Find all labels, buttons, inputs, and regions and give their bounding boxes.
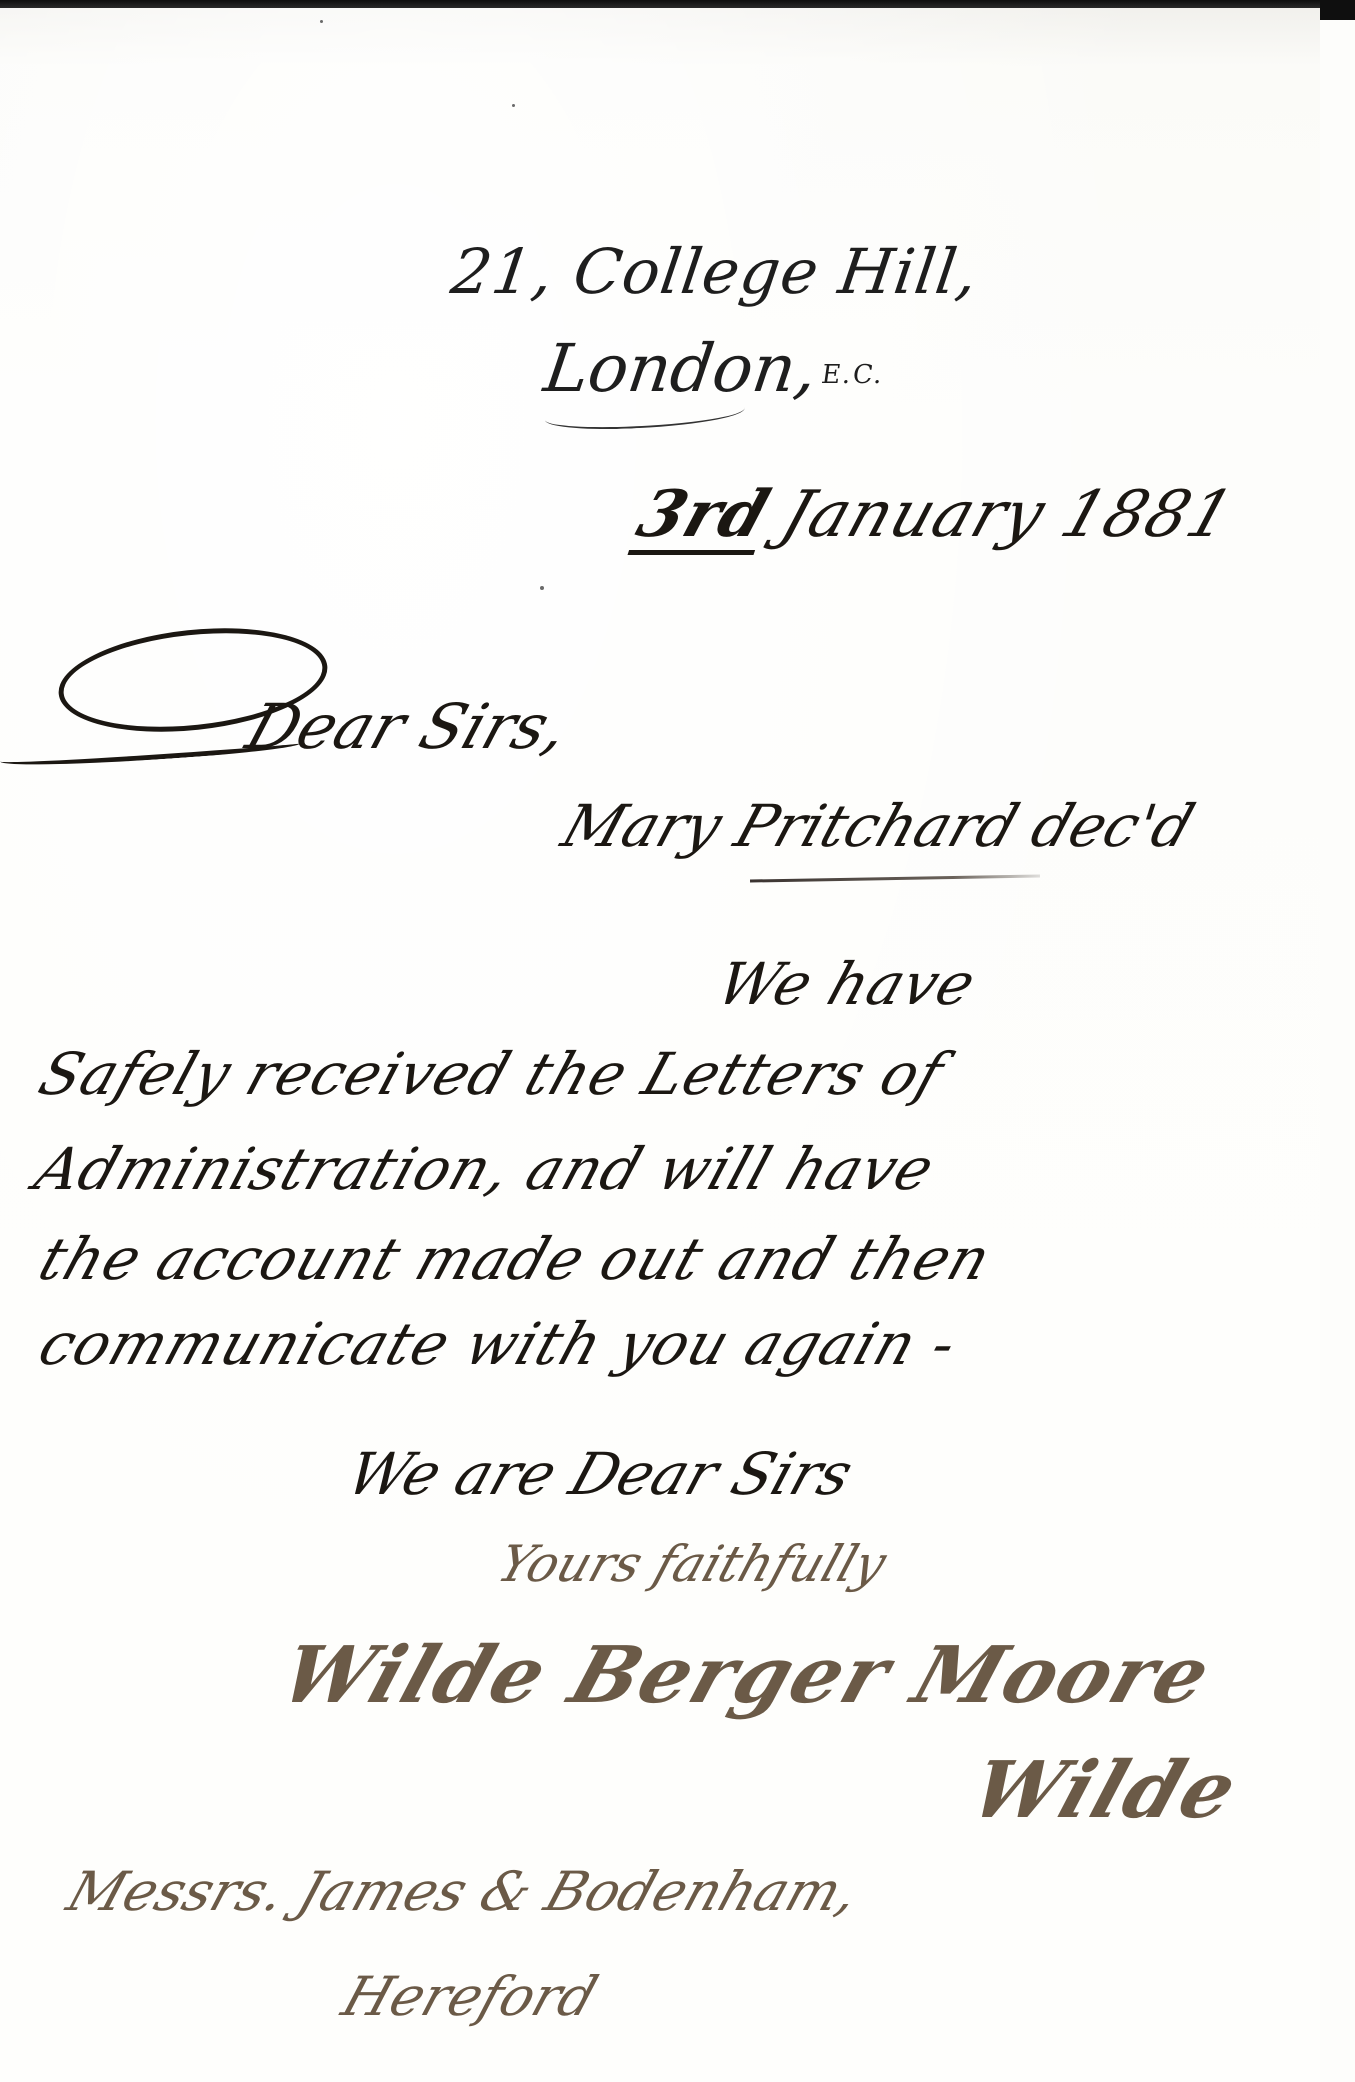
body-line: We have <box>709 950 985 1018</box>
signature-firm: Wilde Berger Moore <box>270 1630 1223 1721</box>
signature-firm-cont: Wilde <box>960 1745 1249 1836</box>
letterhead-city-name: London, <box>540 330 822 407</box>
body-line: communicate with you again - <box>31 1310 966 1378</box>
letterhead-district: E.C. <box>820 360 887 390</box>
valediction: Yours faithfully <box>491 1535 894 1593</box>
closing-line: We are Dear Sirs <box>339 1440 861 1508</box>
paper-speck <box>320 20 323 23</box>
date-month-year: January 1881 <box>772 478 1242 552</box>
subject-line: Mary Pritchard dec'd <box>554 792 1202 860</box>
body-line: Safely received the Letters of <box>31 1040 953 1108</box>
paper-speck <box>512 104 515 107</box>
body-line: Administration, and will have <box>27 1135 943 1203</box>
letterhead-street: 21, College Hill, <box>447 235 983 308</box>
paper-right-margin <box>1320 20 1355 2082</box>
letter-date: 3rdJanuary 1881 <box>627 478 1242 555</box>
addressee-town: Hereford <box>335 1965 605 2028</box>
scan-top-edge <box>0 0 1355 8</box>
addressee-name: Messrs. James & Bodenham, <box>60 1860 867 1923</box>
date-day: 3rd <box>627 483 776 555</box>
paper-speck <box>540 586 544 590</box>
scan-corner <box>1320 0 1355 20</box>
salutation: Dear Sirs, <box>238 690 578 763</box>
letterhead-city: London,E.C. <box>540 330 891 407</box>
body-line: the account made out and then <box>31 1225 1000 1293</box>
